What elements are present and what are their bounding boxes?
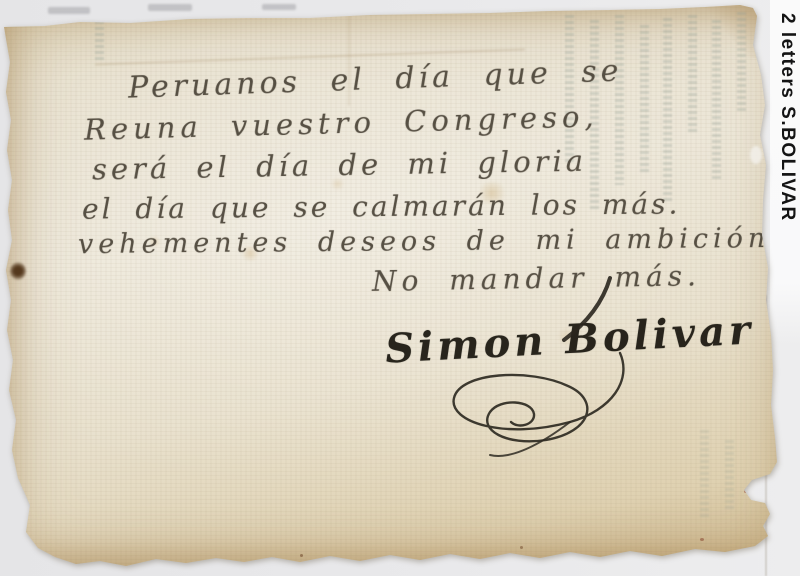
right-edge-tear (750, 146, 762, 164)
paper-speck (520, 546, 523, 549)
ghost-print-column (95, 15, 104, 60)
ghost-print-column (640, 25, 649, 175)
ink-stain (10, 262, 26, 280)
ghost-print-column (725, 440, 734, 510)
ghost-print-column (712, 20, 721, 180)
paper-speck (57, 19, 62, 23)
paper-speck (300, 554, 303, 557)
paper-speck (744, 490, 747, 493)
ghost-print-column (663, 18, 672, 203)
top-right-fold (698, 4, 760, 58)
paper-speck (700, 538, 704, 541)
scanned-manuscript-page: 2 letters S.BOLIVAR (0, 0, 800, 576)
ghost-print-column (688, 15, 697, 135)
ghost-print-column (700, 430, 709, 520)
ghost-print-column (615, 15, 624, 185)
manuscript-line-4: el día que se calmarán los más. (82, 187, 681, 225)
signature-rubric-flourish (420, 250, 680, 480)
ghost-print-column (737, 12, 746, 112)
manuscript-paper: Peruanos el día que se Reuna vuestro Con… (0, 0, 800, 576)
manuscript-paper-wrap: Peruanos el día que se Reuna vuestro Con… (0, 0, 800, 576)
